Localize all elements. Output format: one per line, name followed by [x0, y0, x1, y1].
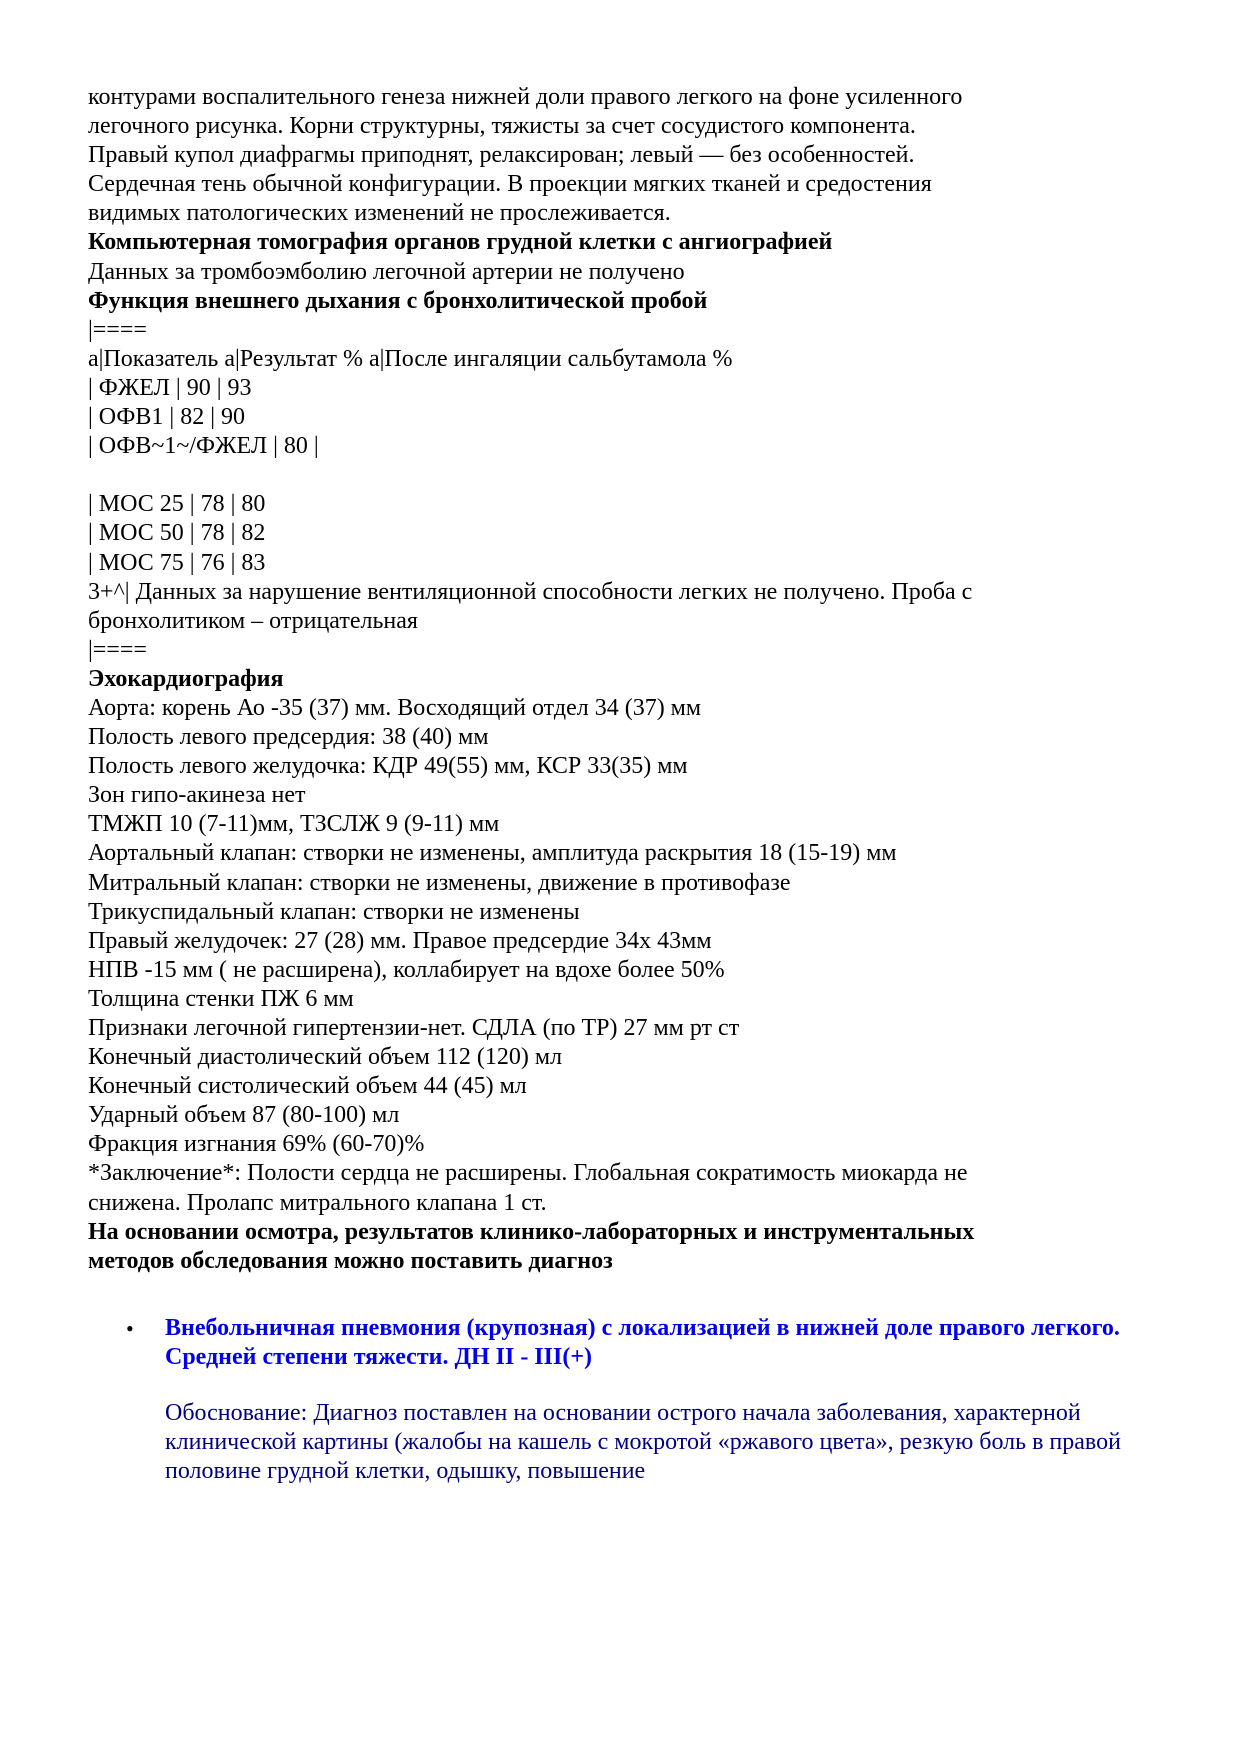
- echo-line: Признаки легочной гипертензии-нет. СДЛА …: [88, 1014, 1168, 1043]
- echo-line: Полость левого предсердия: 38 (40) мм: [88, 723, 1168, 752]
- diagnosis-item: • Внебольничная пневмония (крупозная) с …: [88, 1314, 1168, 1486]
- echo-line: Толщина стенки ПЖ 6 мм: [88, 985, 1168, 1014]
- ct-result: Данных за тромбоэмболию легочной артерии…: [88, 258, 1168, 287]
- bullet-icon: •: [126, 1314, 134, 1343]
- text-line: видимых патологических изменений не прос…: [88, 199, 1168, 228]
- spirometry-conclusion: 3+^| Данных за нарушение вентиляционной …: [88, 578, 1168, 607]
- spirometry-conclusion: бронхолитиком – отрицательная: [88, 607, 1168, 636]
- table-row: | ОФВ1 | 82 | 90: [88, 403, 1168, 432]
- echo-line: Аортальный клапан: створки не изменены, …: [88, 839, 1168, 868]
- text-line: Сердечная тень обычной конфигурации. В п…: [88, 170, 1168, 199]
- diagnosis-justification: Обоснование: Диагноз поставлен на основа…: [165, 1399, 1168, 1486]
- echo-line: Конечный систолический объем 44 (45) мл: [88, 1072, 1168, 1101]
- echo-line: Правый желудочек: 27 (28) мм. Правое пре…: [88, 927, 1168, 956]
- table-row: | ФЖЕЛ | 90 | 93: [88, 374, 1168, 403]
- diagnosis-list: • Внебольничная пневмония (крупозная) с …: [88, 1314, 1168, 1486]
- echo-section: Эхокардиография Аорта: корень Ао -35 (37…: [88, 665, 1168, 1218]
- diagnosis-title: Внебольничная пневмония (крупозная) с ло…: [165, 1314, 1168, 1372]
- ct-section: Компьютерная томография органов грудной …: [88, 228, 1168, 286]
- echo-line: Конечный диастолический объем 112 (120) …: [88, 1043, 1168, 1072]
- echo-line: ТМЖП 10 (7-11)мм, ТЗСЛЖ 9 (9-11) мм: [88, 810, 1168, 839]
- ct-heading: Компьютерная томография органов грудной …: [88, 228, 1168, 257]
- table-row: | МОС 75 | 76 | 83: [88, 549, 1168, 578]
- echo-line: Митральный клапан: створки не изменены, …: [88, 869, 1168, 898]
- echo-conclusion: *Заключение*: Полости сердца не расширен…: [88, 1159, 1168, 1188]
- diagnosis-intro: На основании осмотра, результатов клиник…: [88, 1218, 1168, 1247]
- echo-line: НПВ -15 мм ( не расширена), коллабирует …: [88, 956, 1168, 985]
- table-row: | МОС 25 | 78 | 80: [88, 490, 1168, 519]
- text-line: Правый купол диафрагмы приподнят, релакс…: [88, 141, 1168, 170]
- xray-description: контурами воспалительного генеза нижней …: [88, 83, 1168, 228]
- blank-line: [88, 461, 1168, 490]
- text-line: легочного рисунка. Корни структурны, тяж…: [88, 112, 1168, 141]
- document-page: контурами воспалительного генеза нижней …: [88, 83, 1168, 1486]
- echo-line: Аорта: корень Ао -35 (37) мм. Восходящий…: [88, 694, 1168, 723]
- echo-lines: Аорта: корень Ао -35 (37) мм. Восходящий…: [88, 694, 1168, 1160]
- echo-conclusion: снижена. Пролапс митрального клапана 1 с…: [88, 1189, 1168, 1218]
- text-line: контурами воспалительного генеза нижней …: [88, 83, 1168, 112]
- table-delimiter: |====: [88, 316, 1168, 345]
- echo-line: Ударный объем 87 (80-100) мл: [88, 1101, 1168, 1130]
- table-row: | ОФВ~1~/ФЖЕЛ | 80 |: [88, 432, 1168, 461]
- echo-line: Трикуспидальный клапан: створки не измен…: [88, 898, 1168, 927]
- spirometry-heading: Функция внешнего дыхания с бронхолитичес…: [88, 287, 1168, 316]
- echo-heading: Эхокардиография: [88, 665, 1168, 694]
- table-header-row: a|Показатель a|Результат % a|После ингал…: [88, 345, 1168, 374]
- spirometry-section: Функция внешнего дыхания с бронхолитичес…: [88, 287, 1168, 665]
- echo-line: Зон гипо-акинеза нет: [88, 781, 1168, 810]
- table-row: | МОС 50 | 78 | 82: [88, 519, 1168, 548]
- echo-line: Полость левого желудочка: КДР 49(55) мм,…: [88, 752, 1168, 781]
- diagnosis-section: На основании осмотра, результатов клиник…: [88, 1218, 1168, 1487]
- echo-line: Фракция изгнания 69% (60-70)%: [88, 1130, 1168, 1159]
- table-delimiter: |====: [88, 636, 1168, 665]
- diagnosis-intro: методов обследования можно поставить диа…: [88, 1247, 1168, 1276]
